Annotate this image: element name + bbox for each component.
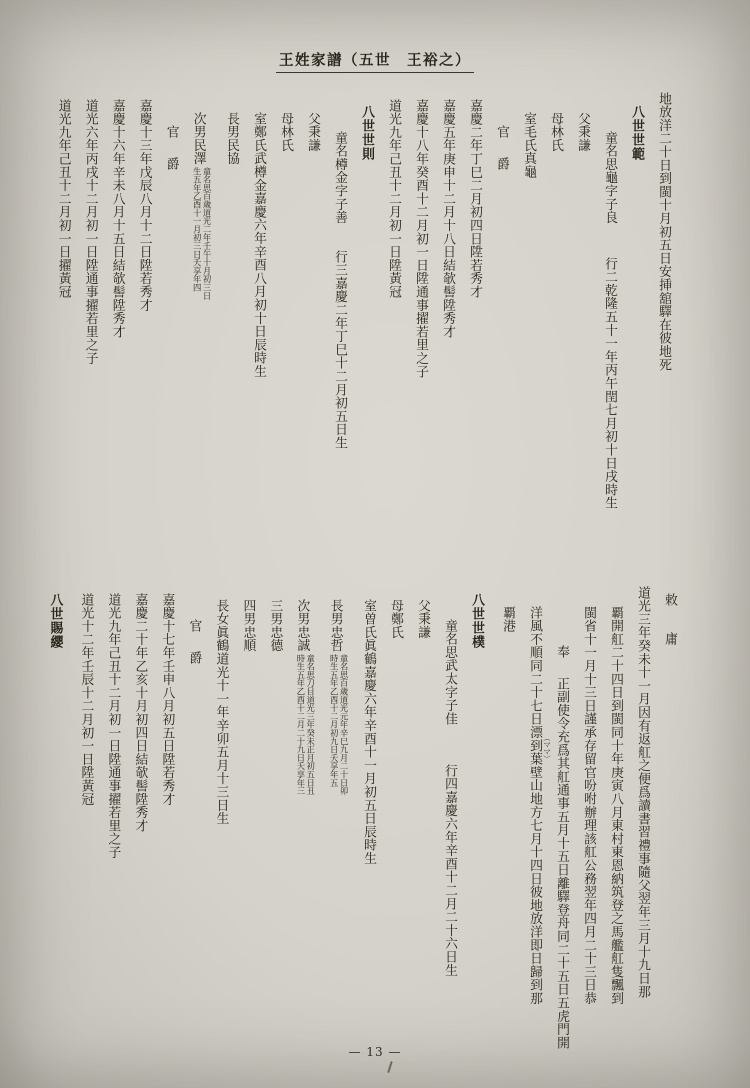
text-run: 童名思武太字子佳: [442, 619, 457, 725]
note-line: 童名思百歲道光元年辛巳九月二十日卯: [338, 654, 348, 795]
text-column: 嘉慶十三年戊辰八月十二日陞若秀才: [137, 90, 151, 516]
text-column: 嘉慶五年庚申十二月十八日結欹髻陞秀才: [440, 90, 454, 516]
text-column: 次男民澤童名思百歲道光二年壬午十月初三日生五年乙酉十一月初三日夭享年四: [191, 90, 211, 516]
text-column: 道光六年丙戌十二月初一日陞通事擢若里之子: [83, 90, 97, 516]
text-run: 童名思龜字子良: [602, 131, 617, 224]
text-run: 爵: [494, 157, 509, 170]
sic-mark: （ママ）: [543, 734, 551, 762]
text-column: 官爵: [186, 584, 200, 1018]
text-run: 室毛氏真龜: [521, 112, 536, 179]
text-column: 次男忠誠童名思刀目道光三年癸未正月初五日丑時生五年乙酉十二月二十九日夭享年三: [294, 584, 314, 1018]
text-run: 庸: [662, 632, 677, 645]
text-column: 道光十二年壬辰十二月初一日陞黃冠: [78, 584, 92, 1018]
note-line: 時生五年乙酉十二月二十九日夭享年三: [295, 654, 305, 795]
text-column: 童名思龜字子良行二乾隆五十一年丙午閏七月初十日戌時生: [602, 90, 616, 516]
text-column: 覇港: [500, 584, 514, 1018]
text-column: 父秉謙: [575, 90, 589, 516]
note-line: 生五年乙酉十一月初三日夭享年四: [191, 167, 201, 300]
note-line: 童名思刀目道光三年癸未正月初五日丑: [305, 654, 315, 795]
text-run: 父秉謙: [305, 112, 320, 152]
text-column: 父秉謙: [305, 90, 319, 516]
text-run: 爵: [186, 651, 201, 664]
page-number: — 13 —: [349, 1045, 402, 1059]
text-run: 道光三年癸未十一月因有返舡之便爲讀書習禮事隨父翌年三月十九日那: [635, 586, 650, 998]
section-heading: 八世賜纓: [47, 584, 61, 1018]
text-run: 道光十二年壬辰十二月初一日陞黃冠: [78, 593, 93, 806]
text-column: 童名思武太字子佳行四嘉慶六年辛酉十二月二十六日生: [442, 584, 456, 1018]
text-run: 八世世則: [359, 105, 374, 161]
note-line: 童名思百歲道光二年壬午十月初三日: [201, 167, 211, 300]
text-run: 次男忠誠: [294, 599, 309, 652]
small-inline-note: 童名思百歲道光元年辛巳九月二十日卯時生五年乙酉十二月初九日夭享年五: [328, 654, 348, 795]
text-column: 母林氏: [278, 90, 292, 516]
text-column: 官爵: [494, 90, 508, 516]
text-column: 嘉慶十七年壬申八月初五日陞若秀才: [159, 584, 173, 1018]
section-heading: 八世世範: [629, 90, 643, 516]
text-run: 官: [164, 125, 179, 138]
text-column: 四男忠順: [240, 584, 254, 1018]
text-column: 父秉謙: [415, 584, 429, 1018]
text-column: 長男民協: [224, 90, 238, 516]
section-heading: 八世世則: [359, 90, 373, 516]
text-column: 敕庸: [662, 584, 676, 1018]
text-run: 嘉慶二年丁巳二月初四日陞若秀才: [467, 99, 482, 299]
text-run: 八世賜纓: [47, 593, 62, 649]
text-run: 父秉謙: [575, 112, 590, 152]
text-run: 母林氏: [278, 112, 293, 152]
text-run: 三男忠德: [267, 599, 282, 652]
small-inline-note: 童名思百歲道光二年壬午十月初三日生五年乙酉十一月初三日夭享年四: [191, 167, 211, 300]
text-run: 嘉慶十七年壬申八月初五日陞若秀才: [159, 593, 174, 806]
text-column: 洋風不順同二十七日漂到葉壁山地方七月十四日彼地放洋即日歸到那（ママ）: [527, 584, 541, 1018]
scan-artifact-mark: [387, 1061, 393, 1073]
text-column: 室毛氏真龜: [521, 90, 535, 516]
text-run: 行三嘉慶二年丁巳十二月初五日生: [332, 250, 347, 450]
text-run: 閩省十一月十三日謹承存留官吩咐辦理該舡公務翌年四月二十三日恭: [581, 606, 596, 1005]
text-column: 長男忠哲童名思百歲道光元年辛巳九月二十日卯時生五年乙酉十二月初九日夭享年五: [328, 584, 348, 1018]
text-column: 覇開舡二十四日到閩同十年庚寅八月東村東恩納筑登之馬艦舡隻飄到: [608, 584, 622, 1018]
text-column: 官爵: [164, 90, 178, 516]
text-run: 母鄭氏: [388, 599, 403, 639]
text-column: 室鄭氏武樽金嘉慶六年辛酉八月初十日辰時生: [251, 90, 265, 516]
text-run: 長男忠哲: [328, 599, 343, 652]
text-run: 長男民協: [224, 112, 239, 165]
text-run: 行二乾隆五十一年丙午閏七月初十日戌時生: [602, 257, 617, 510]
text-run: 嘉慶五年庚申十二月十八日結欹髻陞秀才: [440, 99, 455, 338]
text-run: 正副使令充爲其舡通事五月十五日離驛登舟同二十五日五虎門開: [554, 677, 569, 1049]
text-run: 嘉慶十八年癸酉十二月初一日陞通事擢若里之子: [413, 99, 428, 378]
text-run: 次男民澤: [191, 112, 206, 165]
text-column: 道光九年己丑十二月初一日陞黃冠: [386, 90, 400, 516]
text-column: 嘉慶十八年癸酉十二月初一日陞通事擢若里之子: [413, 90, 427, 516]
text-column: 嘉慶十六年辛未八月十五日結欹髻陞秀才: [110, 90, 124, 516]
text-run: 奉: [554, 645, 569, 658]
text-column: 道光三年癸未十一月因有返舡之便爲讀書習禮事隨父翌年三月十九日那: [635, 584, 649, 1018]
text-column: 室曽氏眞鶴嘉慶六年辛酉十一月初五日辰時生: [361, 584, 375, 1018]
note-line: 時生五年乙酉十二月初九日夭享年五: [328, 654, 338, 795]
text-run: 洋風不順同二十七日漂到葉壁山地方七月十四日彼地放洋即日歸到那: [527, 606, 542, 1005]
text-run: 母林氏: [548, 112, 563, 152]
text-run: 爵: [164, 157, 179, 170]
text-column: 道光九年己丑十二月初一日擢黃冠: [56, 90, 70, 516]
text-run: 覇開舡二十四日到閩同十年庚寅八月東村東恩納筑登之馬艦舡隻飄到: [608, 606, 623, 1005]
text-column: 閩省十一月十三日謹承存留官吩咐辦理該舡公務翌年四月二十三日恭: [581, 584, 595, 1018]
text-column: 母鄭氏: [388, 584, 402, 1018]
text-run: 官: [494, 125, 509, 138]
text-run: 室鄭氏武樽金嘉慶六年辛酉八月初十日辰時生: [251, 112, 266, 378]
text-run: 道光九年己丑十二月初一日陞黃冠: [386, 99, 401, 299]
text-run: 道光六年丙戌十二月初一日陞通事擢若里之子: [83, 99, 98, 365]
text-column: 地放洋二十日到閩十月初五日安挿舘驛在彼地死: [656, 90, 670, 516]
text-run: 道光九年己丑十二月初一日擢黃冠: [56, 99, 71, 299]
lower-text-block: 敕庸道光三年癸未十一月因有返舡之便爲讀書習禮事隨父翌年三月十九日那覇開舡二十四日…: [34, 584, 676, 1018]
text-run: 行四嘉慶六年辛酉十二月二十六日生: [442, 764, 457, 977]
text-run: 八世世樸: [469, 593, 484, 649]
text-run: 嘉慶十三年戊辰八月十二日陞若秀才: [137, 99, 152, 312]
text-column: 奉正副使令充爲其舡通事五月十五日離驛登舟同二十五日五虎門開: [554, 584, 568, 1018]
text-run: 室曽氏眞鶴嘉慶六年辛酉十一月初五日辰時生: [361, 599, 376, 865]
text-run: 八世世範: [629, 105, 644, 161]
text-run: 覇港: [500, 606, 515, 633]
page-title: 王姓家譜（五世 王裕之）: [276, 49, 474, 73]
small-inline-note: 童名思刀目道光三年癸未正月初五日丑時生五年乙酉十二月二十九日夭享年三: [295, 654, 315, 795]
text-column: 母林氏: [548, 90, 562, 516]
text-run: 地放洋二十日到閩十月初五日安挿舘驛在彼地死: [656, 92, 671, 371]
text-run: 敕: [662, 593, 677, 606]
text-run: 長女眞鶴道光十一年辛卯五月十三日生: [213, 599, 228, 825]
text-run: 嘉慶二十年乙亥十月初四日結欹髻陞秀才: [132, 593, 147, 832]
text-column: 童名樽金字子善行三嘉慶二年丁巳十二月初五日生: [332, 90, 346, 516]
upper-text-block: 地放洋二十日到閩十月初五日安挿舘驛在彼地死八世世範童名思龜字子良行二乾隆五十一年…: [43, 90, 670, 516]
text-column: 道光九年己丑十二月初一日陞通事擢若里之子: [105, 584, 119, 1018]
text-run: 嘉慶十六年辛未八月十五日結欹髻陞秀才: [110, 99, 125, 338]
text-run: 父秉謙: [415, 599, 430, 639]
text-column: 嘉慶二年丁巳二月初四日陞若秀才: [467, 90, 481, 516]
text-run: 四男忠順: [240, 599, 255, 652]
text-run: 道光九年己丑十二月初一日陞通事擢若里之子: [105, 593, 120, 859]
text-run: 官: [186, 619, 201, 632]
text-column: 嘉慶二十年乙亥十月初四日結欹髻陞秀才: [132, 584, 146, 1018]
text-run: 童名樽金字子善: [332, 131, 347, 224]
section-heading: 八世世樸: [469, 584, 483, 1018]
genealogy-scan-page: 王姓家譜（五世 王裕之） 地放洋二十日到閩十月初五日安挿舘驛在彼地死八世世範童名…: [0, 0, 750, 1088]
text-column: 長女眞鶴道光十一年辛卯五月十三日生: [213, 584, 227, 1018]
text-column: 三男忠德: [267, 584, 281, 1018]
